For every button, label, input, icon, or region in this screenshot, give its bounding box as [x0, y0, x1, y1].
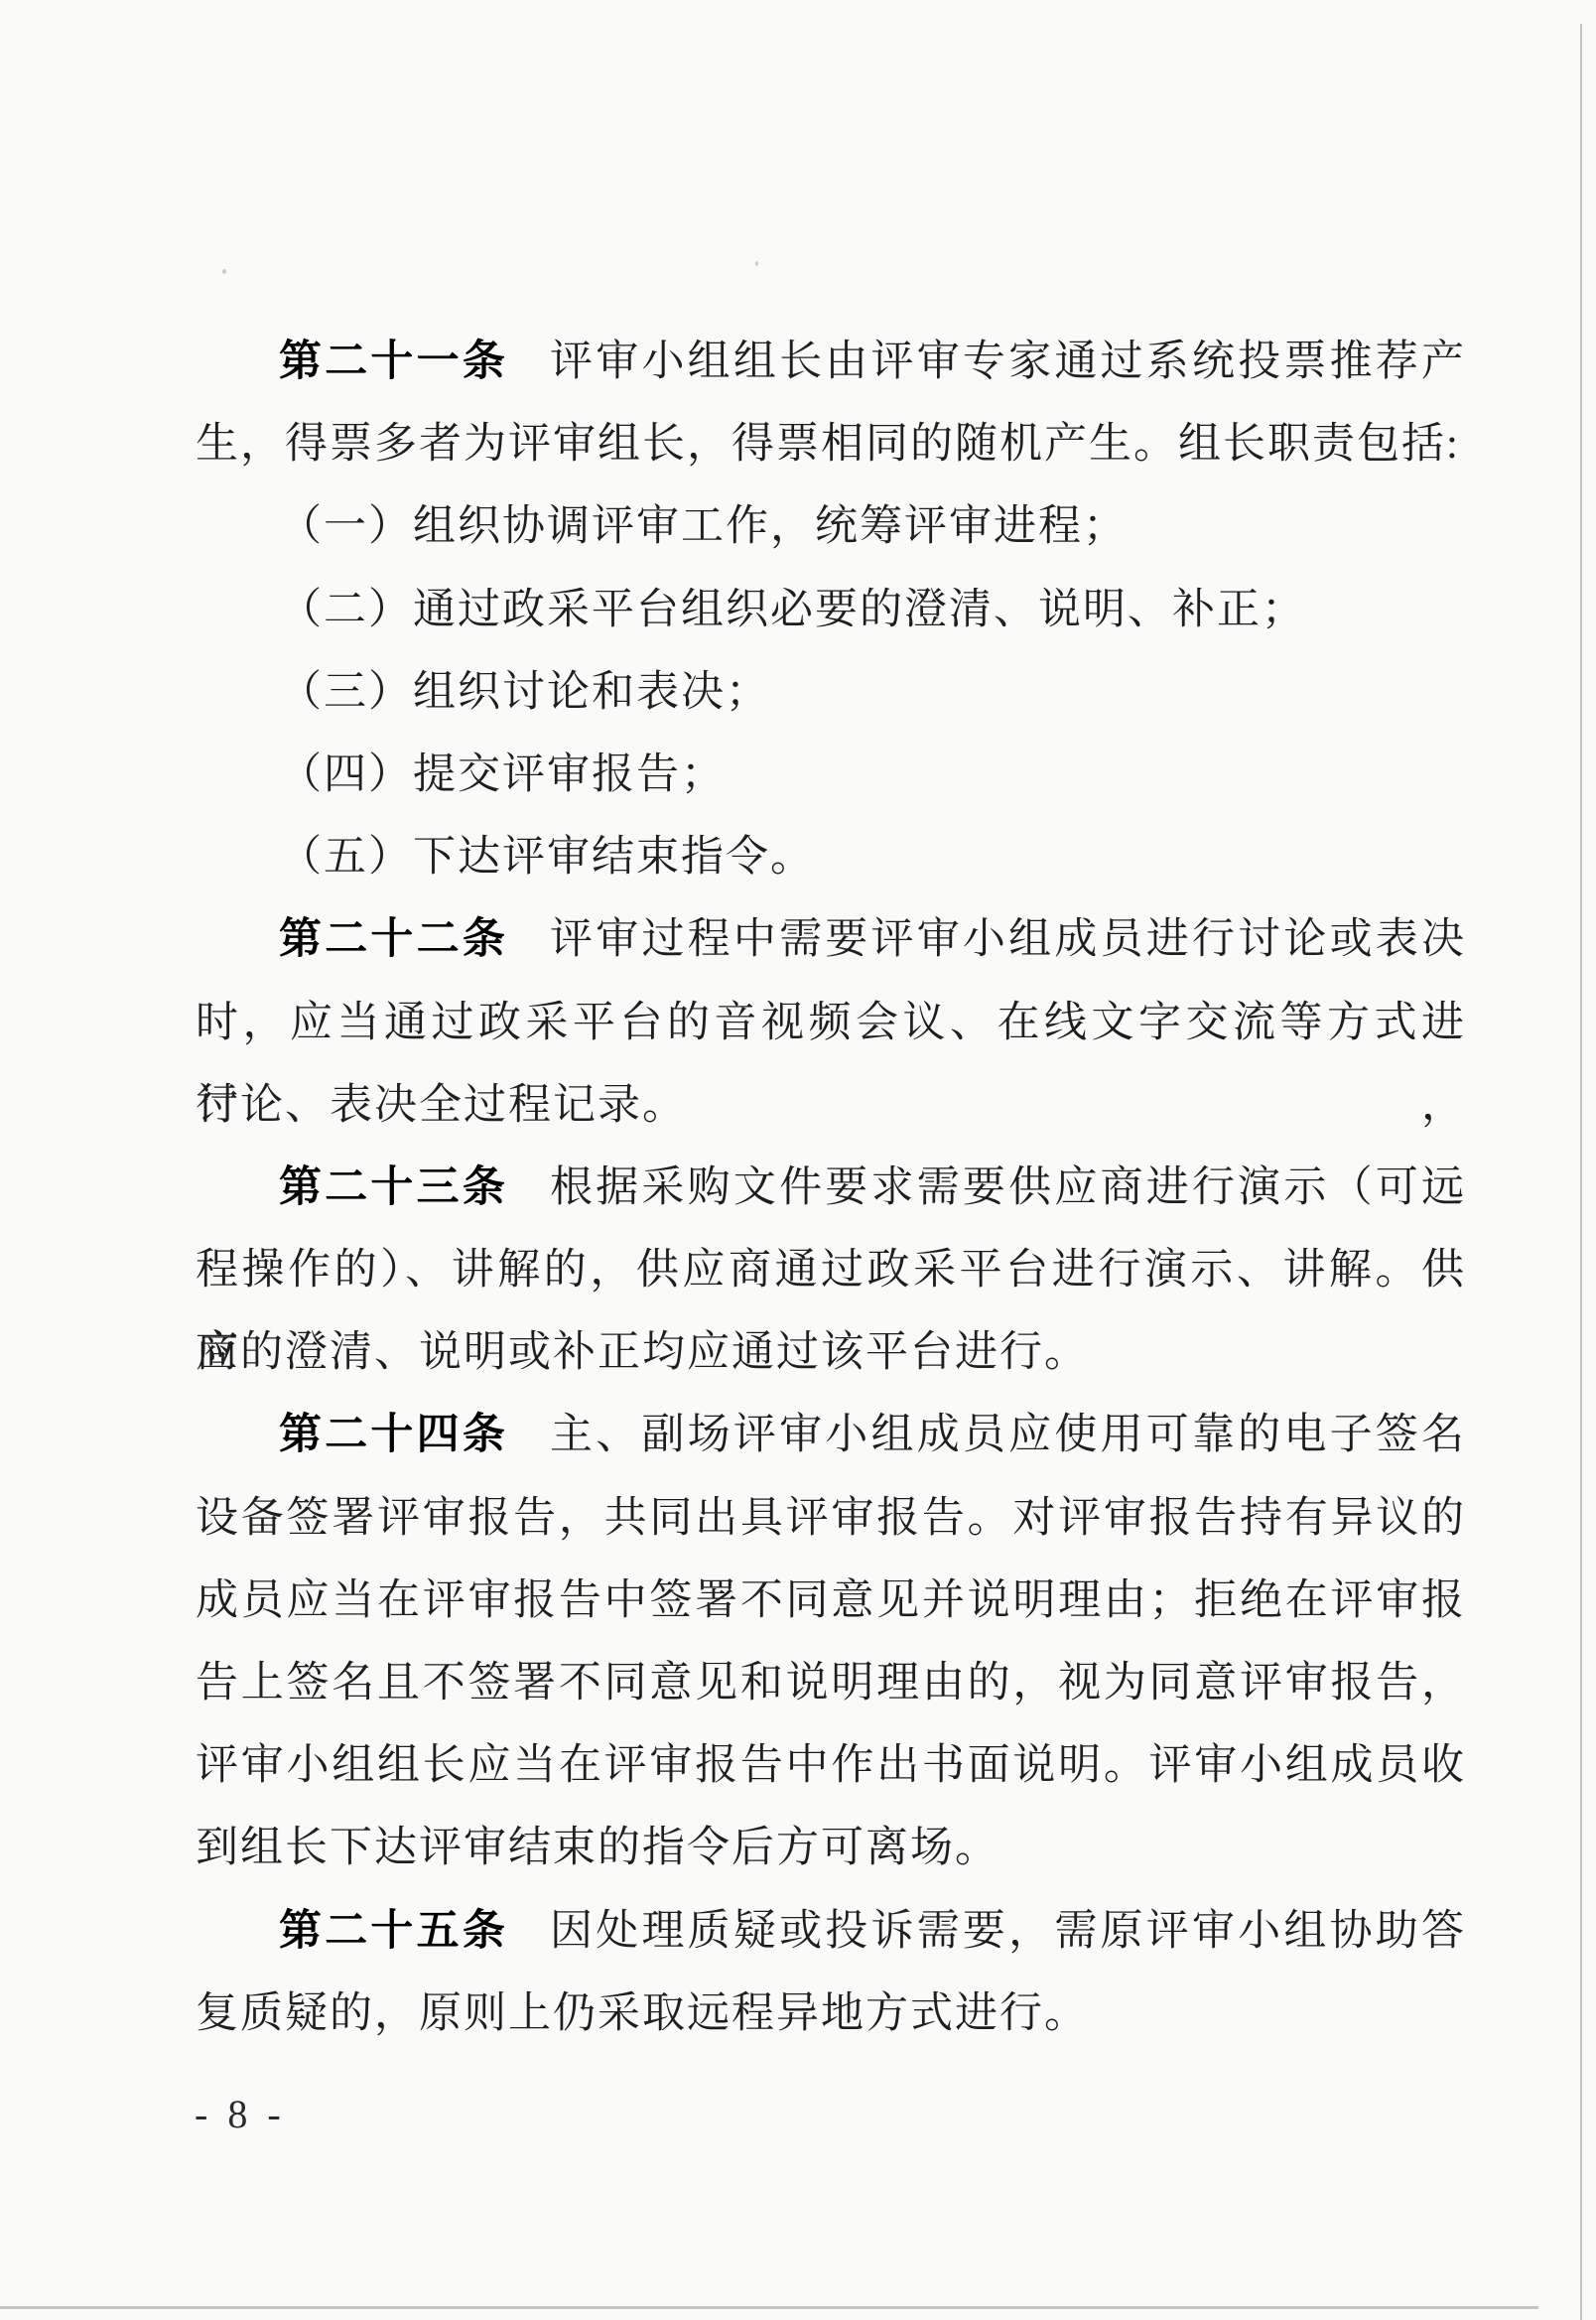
line-text: 因处理质疑或投诉需要，需原评审小组协助答: [550, 1908, 1466, 1955]
text-line-article-22-start: 第二十二条评审过程中需要评审小组成员进行讨论或表决: [196, 898, 1466, 981]
text-line: 生，得票多者为评审组长，得票相同的随机产生。组长职责包括:: [196, 403, 1466, 485]
text-line: 评审小组组长应当在评审报告中作出书面说明。评审小组成员收: [196, 1724, 1466, 1807]
line-text: 生，得票多者为评审组长，得票相同的随机产生。组长职责包括:: [196, 421, 1460, 468]
text-line-item-2: （二）通过政采平台组织必要的澄清、说明、补正；: [196, 569, 1466, 651]
article-25-number: 第二十五条: [279, 1907, 508, 1955]
scan-edge-vertical-line: [1580, 24, 1582, 2320]
text-line-item-4: （四）提交评审报告；: [196, 734, 1466, 816]
document-body: 第二十一条评审小组组长由评审专家通过系统投票推荐产 生，得票多者为评审组长，得票…: [196, 321, 1466, 2055]
line-text: （三）组织讨论和表决；: [279, 669, 770, 716]
line-text: （五）下达评审结束指令。: [279, 834, 815, 881]
text-line: 到组长下达评审结束的指令后方可离场。: [196, 1807, 1466, 1889]
text-line-article-24-start: 第二十四条主、副场评审小组成员应使用可靠的电子签名: [196, 1394, 1466, 1476]
line-text: 成员应当在评审报告中签署不同意见并说明理由；拒绝在评审报: [196, 1577, 1466, 1624]
line-text: 复质疑的，原则上仍采取远程异地方式进行。: [196, 1990, 1089, 2037]
text-line: 复质疑的，原则上仍采取远程异地方式进行。: [196, 1973, 1466, 2055]
page-number: - 8 -: [195, 2091, 286, 2137]
text-line: 程操作的）、讲解的，供应商通过政采平台进行演示、讲解。供应: [196, 1229, 1466, 1311]
text-line: 商的澄清、说明或补正均应通过该平台进行。: [196, 1311, 1466, 1394]
line-text: 根据采购文件要求需要供应商进行演示（可远: [550, 1164, 1466, 1211]
document-page: 第二十一条评审小组组长由评审专家通过系统投票推荐产 生，得票多者为评审组长，得票…: [0, 0, 1596, 2320]
text-line: 成员应当在评审报告中签署不同意见并说明理由；拒绝在评审报: [196, 1560, 1466, 1642]
line-text: 设备签署评审报告，共同出具评审报告。对评审报告持有异议的: [196, 1495, 1466, 1542]
text-line-item-3: （三）组织讨论和表决；: [196, 651, 1466, 734]
article-24-number: 第二十四条: [279, 1411, 508, 1458]
text-line: 告上签名且不签署不同意见和说明理由的，视为同意评审报告，: [196, 1642, 1466, 1724]
scan-edge-bottom-line: [0, 2306, 1538, 2309]
text-line: 时，应当通过政采平台的音视频会议、在线文字交流等方式进行，: [196, 982, 1466, 1064]
line-text: （二）通过政采平台组织必要的澄清、说明、补正；: [279, 587, 1306, 633]
article-23-number: 第二十三条: [279, 1163, 508, 1211]
text-line-article-23-start: 第二十三条根据采购文件要求需要供应商进行演示（可远: [196, 1147, 1466, 1229]
text-line-item-5: （五）下达评审结束指令。: [196, 816, 1466, 898]
line-text: 评审小组组长由评审专家通过系统投票推荐产: [550, 339, 1466, 385]
article-21-number: 第二十一条: [279, 338, 508, 385]
line-text: 评审过程中需要评审小组成员进行讨论或表决: [550, 916, 1466, 963]
scan-speck: [222, 269, 226, 274]
line-text: 到组长下达评审结束的指令后方可离场。: [196, 1825, 999, 1871]
line-text: 商的澄清、说明或补正均应通过该平台进行。: [196, 1329, 1089, 1376]
line-text: 告上签名且不签署不同意见和说明理由的，视为同意评审报告，: [196, 1660, 1466, 1706]
text-line-article-21-start: 第二十一条评审小组组长由评审专家通过系统投票推荐产: [196, 321, 1466, 403]
scan-speck: [755, 261, 758, 266]
text-line-article-25-start: 第二十五条因处理质疑或投诉需要，需原评审小组协助答: [196, 1890, 1466, 1973]
line-text: 评审小组组长应当在评审报告中作出书面说明。评审小组成员收: [196, 1742, 1466, 1789]
line-text: 讨论、表决全过程记录。: [196, 1082, 687, 1129]
line-text: （一）组织协调评审工作，统筹评审进程；: [279, 503, 1128, 550]
text-line-item-1: （一）组织协调评审工作，统筹评审进程；: [196, 485, 1466, 568]
text-line: 设备签署评审报告，共同出具评审报告。对评审报告持有异议的: [196, 1477, 1466, 1560]
article-22-number: 第二十二条: [279, 915, 508, 963]
line-text: （四）提交评审报告；: [279, 751, 726, 798]
line-text: 主、副场评审小组成员应使用可靠的电子签名: [550, 1412, 1466, 1458]
